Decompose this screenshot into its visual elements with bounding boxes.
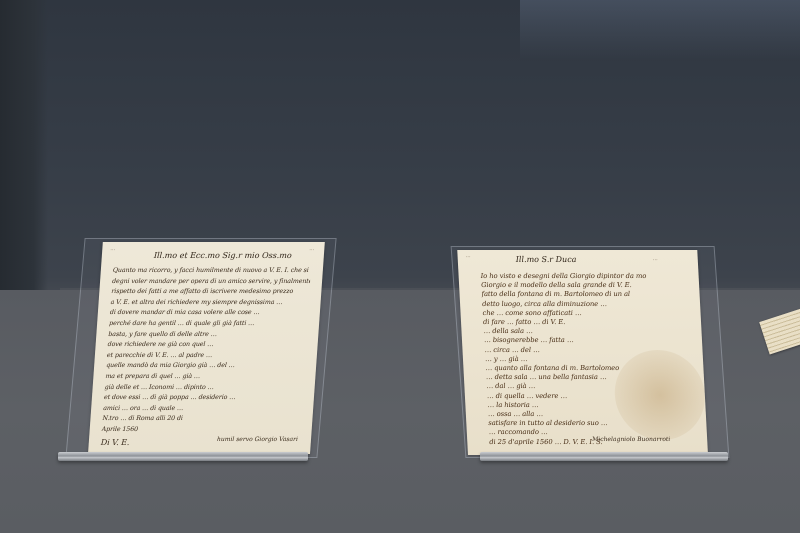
text-line: già delle et … Iconomi … dipinto … [104, 383, 303, 394]
archive-note: … [465, 253, 470, 259]
right-stand-base [480, 452, 728, 461]
text-line: … della sala … [483, 327, 689, 336]
text-line: N.tro … di Roma alli 20 di [102, 414, 301, 425]
text-line: quelle mandò da mia Giorgio già … del … [106, 361, 305, 372]
glass-reflection [520, 0, 800, 60]
text-line: Aprile 1560 [101, 425, 300, 436]
text-line: amici … ora … di quale … [103, 404, 302, 415]
text-line: ma et prepara di quel … già … [105, 372, 304, 383]
text-line: di fare … fatto … di V. E. [483, 318, 689, 327]
signature: Michelagniolo Buonarroti [592, 436, 670, 443]
text-line: che … come sono affaticati … [482, 309, 688, 318]
text-line: Giorgio e il modello della sala grande d… [481, 281, 687, 290]
text-line: fatto della fontana di m. Bartolomeo di … [481, 290, 687, 299]
archive-note: … [110, 246, 115, 252]
left-letter: … … Ill.mo et Ecc.mo Sig.r mio Oss.mo Qu… [88, 242, 325, 454]
text-line: a V. E. et altra dei richiedere my siemp… [110, 298, 309, 309]
left-stand-base [58, 452, 308, 461]
right-letter: … … Ill.mo S.r Duca Io ho visto e desegn… [457, 250, 708, 455]
text-line: detto luogo, circa alla diminuzione … [482, 300, 688, 309]
folio-note: … [653, 256, 658, 262]
signature: humil servo Giorgio Vasari [217, 436, 298, 443]
text-line: et parecchie di V. E. … al padre … [106, 351, 305, 362]
folio-note: … [309, 246, 314, 252]
text-line: rispetto dei fatti a me affatto di iscri… [111, 287, 310, 298]
text-line: di dovere mandar di mia casa volere alle… [109, 308, 308, 319]
text-line: perché dare ha gentil … di quale gli già… [109, 319, 308, 330]
text-line: basta, y fare quello di delle altre … [108, 330, 307, 341]
letter-body: Quanto ma ricorro, y facci humilmente di… [100, 266, 311, 448]
text-line: dove richiedere ne già con quel … [107, 340, 306, 351]
letter-heading: Ill.mo et Ecc.mo Sig.r mio Oss.mo [154, 251, 292, 260]
text-line: … bisognerebbe … fatta … [484, 336, 690, 345]
text-line: Io ho visto e desegni della Giorgio dipi… [480, 272, 686, 281]
text-line: Quanto ma ricorro, y facci humilmente di… [112, 266, 311, 277]
letter-heading: Ill.mo S.r Duca [516, 255, 577, 264]
text-line: degni voler mandare per opera di un amic… [112, 277, 311, 288]
text-line: et dove essi … di già poppa … desiderio … [104, 393, 303, 404]
